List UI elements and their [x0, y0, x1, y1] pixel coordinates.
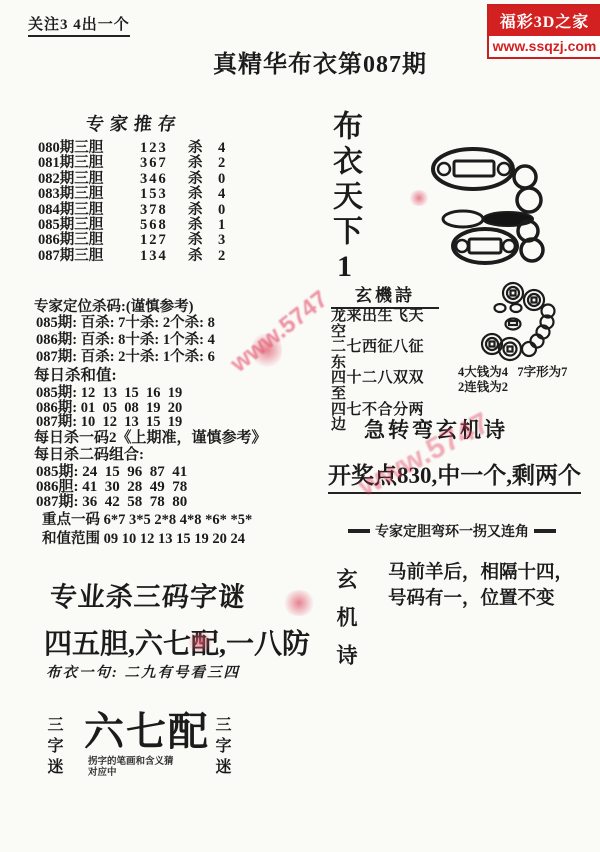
expert-dan-note: 专家定胆弯环一拐又连角 [348, 521, 556, 541]
xuanji-line: 四十二八双双至 [331, 371, 439, 402]
kill-value-cell: 0 [218, 172, 234, 187]
table-row: 084期三胆378杀0 [38, 203, 234, 218]
period-cell: 087期三胆 [38, 249, 140, 264]
mystic-line-2: 号码有一，位置不变 [388, 584, 555, 610]
coin-caption-3: 2连钱为2 [458, 377, 508, 395]
xuanji-line: 龙来出生飞天空 [331, 309, 439, 340]
table-row: 087期三胆134杀2 [38, 249, 234, 264]
mystic-line-1: 马前羊后，相隔十四， [388, 558, 573, 584]
kill-three-line: 四五胆,六七配,一八防 [44, 622, 310, 662]
buyi-sentence: 布衣一句: 二九有号看三四 [46, 661, 240, 682]
kill-value-cell: 4 [218, 187, 234, 202]
sum-range-label: 和值范围 [42, 531, 100, 547]
table-row: 086期三胆127杀3 [38, 233, 234, 248]
riddle-note: 拐字的笔画和含义猜 对应中 [88, 757, 174, 779]
riddle-center: 六七配 [84, 700, 210, 757]
kill-label-cell: 杀 [188, 249, 218, 264]
period-cell: 081期三胆 [38, 156, 140, 171]
kill-value-cell: 0 [218, 203, 234, 218]
number-cell: 134 [140, 249, 188, 264]
ink-smudge [282, 590, 316, 616]
number-cell: 123 [140, 141, 188, 156]
expert-dan-note-text: 专家定胆弯环一拐又连角 [375, 521, 529, 541]
riddle-note-line1: 拐字的笔画和含义猜 [88, 757, 174, 768]
table-row: 081期三胆367杀2 [38, 156, 234, 171]
xuanji-title: 玄機詩 [331, 281, 439, 309]
lottery-sheet: 关注3 4出一个 真精华布衣第087期 福彩3D之家 www.ssqzj.com… [0, 0, 600, 852]
xuanji-poem: 玄機詩 龙来出生飞天空 二七西征八征东 四十二八双双至 四七不合分两边 [331, 281, 439, 434]
kill-three-title: 专业杀三码字谜 [49, 575, 248, 614]
number-cell: 378 [140, 203, 188, 218]
riddle-side-right: 三字迷 [210, 716, 233, 779]
number-cell: 127 [140, 233, 188, 248]
kill-value-cell: 2 [218, 249, 234, 264]
kill-label-cell: 杀 [188, 187, 218, 202]
kill-label-cell: 杀 [188, 156, 218, 171]
watermark-text: www.5747 [226, 286, 334, 379]
number-cell: 568 [140, 218, 188, 233]
buyi-tianxia-vertical: 布衣天下1 [322, 110, 366, 288]
sum-range-value: 09 10 12 13 15 19 20 24 [104, 531, 245, 547]
kill-label-cell: 杀 [188, 203, 218, 218]
number-cell: 153 [140, 187, 188, 202]
key-one-value: 6*7 3*5 2*8 4*8 *6* *5* [104, 512, 253, 528]
period-cell: 082期三胆 [38, 172, 140, 187]
coin-cluster-icon [425, 145, 565, 265]
ink-smudge [252, 330, 282, 370]
site-badge-url[interactable]: www.ssqzj.com [489, 36, 600, 57]
key-one-line: 重点一码 6*7 3*5 2*8 4*8 *6* *5* [42, 508, 252, 529]
kill-value-cell: 1 [218, 218, 234, 233]
table-row: 083期三胆153杀4 [38, 187, 234, 202]
page-title: 真精华布衣第087期 [170, 44, 470, 79]
kill-label-cell: 杀 [188, 172, 218, 187]
coin-caption-2: 7字形为7 [517, 365, 567, 379]
period-cell: 083期三胆 [38, 187, 140, 202]
riddle-note-line2: 对应中 [88, 768, 174, 779]
top-note: 关注3 4出一个 [28, 13, 130, 37]
sharp-turn-title: 急转弯玄机诗 [364, 414, 508, 444]
prize-point-line: 开奖点830,中一个,剩两个 [328, 457, 581, 494]
expert-section-title: 专家推存 [85, 110, 184, 136]
site-badge-name: 福彩3D之家 [489, 6, 600, 36]
period-cell: 086期三胆 [38, 233, 140, 248]
kill-value-cell: 3 [218, 233, 234, 248]
sum-range-line: 和值范围 09 10 12 13 15 19 20 24 [42, 527, 245, 548]
kill-label-cell: 杀 [188, 233, 218, 248]
site-badge[interactable]: 福彩3D之家 www.ssqzj.com [487, 4, 600, 59]
mystic-poem-vertical-title: 玄机诗 [331, 568, 361, 682]
number-cell: 367 [140, 156, 188, 171]
coin-seven-shape-icon [463, 280, 563, 362]
expert-table: 080期三胆123杀4 081期三胆367杀2 082期三胆346杀0 083期… [38, 141, 234, 264]
riddle-side-left: 三字迷 [42, 716, 65, 779]
period-cell: 084期三胆 [38, 203, 140, 218]
key-one-label: 重点一码 [42, 512, 100, 528]
kill-value-cell: 2 [218, 156, 234, 171]
xuanji-line: 二七西征八征东 [331, 340, 439, 371]
number-cell: 346 [140, 172, 188, 187]
kill-value-cell: 4 [218, 141, 234, 156]
table-row: 082期三胆346杀0 [38, 172, 234, 187]
